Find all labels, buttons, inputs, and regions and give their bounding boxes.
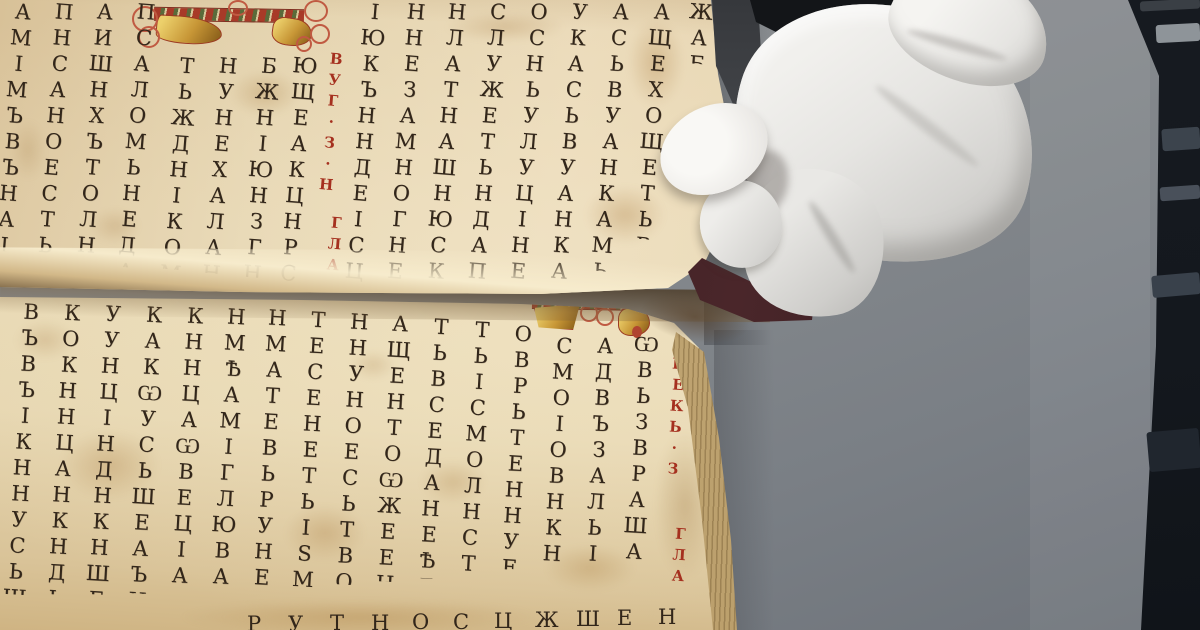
- fragment-letter: Н: [371, 611, 389, 630]
- red-scroll-curl: [310, 24, 330, 44]
- edge-streak: [1161, 127, 1200, 152]
- fragment-letter: С: [453, 610, 469, 630]
- rubric-column: ГЛАСІА: [664, 524, 694, 585]
- stain: [180, 600, 540, 630]
- fragment-letter: Ш: [576, 607, 600, 630]
- red-scroll-curl: [228, 0, 248, 16]
- table-light-band: [1030, 0, 1150, 630]
- fragment-letter: Ц: [494, 609, 512, 630]
- edge-streak: [1146, 428, 1200, 472]
- edge-streak: [1156, 23, 1200, 43]
- fragment-letter: Т: [330, 611, 344, 630]
- edge-streak: [1160, 185, 1200, 202]
- edge-streak: [1151, 272, 1200, 298]
- red-scroll-curl: [296, 36, 312, 52]
- fragment-letter: Е: [617, 606, 632, 630]
- red-scroll-curl: [304, 0, 328, 22]
- manuscript-photo: ВЪВЪІКННУСЬШЕВЪНКОКННЦАНКНДЬВЬДУУНЦІНДНК…: [0, 0, 1200, 630]
- fragment-letter: У: [288, 612, 303, 630]
- fragment-letter: Н: [658, 605, 676, 629]
- fragment-letter: О: [412, 610, 429, 630]
- page-fold-highlight: [0, 247, 750, 296]
- fragment-letter: Ж: [535, 608, 559, 630]
- fragment-letter: Р: [247, 612, 261, 630]
